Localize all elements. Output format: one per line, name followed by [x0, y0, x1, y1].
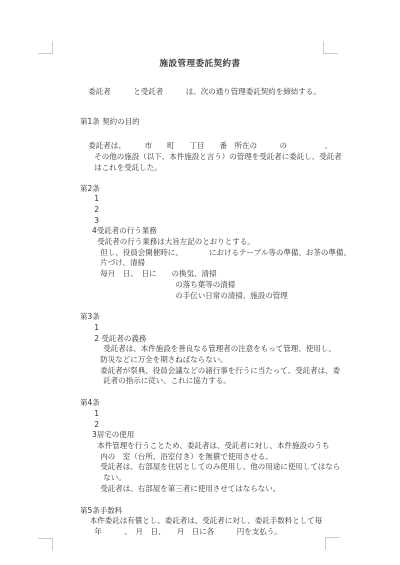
document-line: 第4条 — [80, 398, 376, 409]
document-body: 委託者 と受託者 は、次の通り管理委託契約を締結する。第1条 契約の目的委託者は… — [80, 87, 376, 538]
document-line: 第1条 契約の目的 — [80, 117, 376, 128]
crop-mark-bottom-right-icon — [325, 537, 340, 550]
document-line: その他の施設（以下、本件施設と言う）の管理を受託者に委託し、受託者 — [80, 152, 376, 163]
document-line: 2 — [80, 205, 376, 216]
document-page: 施設管理委託契約書 委託者 と受託者 は、次の通り管理委託契約を締結する。第1条… — [0, 0, 400, 565]
document-line: 第2条 — [80, 184, 376, 195]
document-line: 委託者が祭典、役員会議などの諸行事を行うに当たって、受託者は、委 — [80, 366, 376, 377]
document-line: の手伝い日常の清掃、施設の管理 — [80, 291, 376, 302]
document-line: 託者の指示に従い、これに協力する。 — [80, 376, 376, 387]
document-line: 受託者の行う業務は大旨左記のとおりとする。 — [80, 237, 376, 248]
crop-mark-top-right-icon — [323, 41, 338, 54]
document-line: 本件委託は有償とし、委託者は、受託者に対し、委託手数料として毎 — [80, 516, 376, 527]
document-line: 受託者は、右部屋を住居としてのみ使用し、他の用途に使用してはなら — [80, 462, 376, 473]
crop-mark-top-left-icon — [38, 41, 53, 54]
document-line: 委託者 と受託者 は、次の通り管理委託契約を締結する。 — [80, 87, 376, 98]
document-line: はこれを受託した。 — [80, 163, 376, 174]
document-line: 2 — [80, 420, 376, 431]
document-line: 受託者は、右部屋を第三者に使用させてはならない。 — [80, 484, 376, 495]
document-line: 内の 室（台所、浴室付き）を無償で使用させる。 — [80, 452, 376, 463]
document-line: 3居宅の使用 — [80, 430, 376, 441]
document-line: 受託者は、本件施設を善良なる管理者の注意をもって管理、使用し、 — [80, 344, 376, 355]
document-line: 委託者は、 市 町 丁目 番 所在の の 、 — [80, 141, 376, 152]
document-line: の落ち葉等の清掃 — [80, 280, 376, 291]
document-title: 施設管理委託契約書 — [0, 57, 400, 69]
document-line: 本件管理を行うことため、委託者は、受託者に対し、本件施設のうち — [80, 441, 376, 452]
document-line: 年 、 月 日、 月 日に各 円を支払う。 — [80, 527, 376, 538]
crop-mark-bottom-left-icon — [38, 538, 53, 551]
document-line: 片づけ、清掃 — [80, 258, 376, 269]
document-line: 第3条 — [80, 312, 376, 323]
document-line: 4受託者の行う業務 — [80, 226, 376, 237]
document-line: 1 — [80, 323, 376, 334]
document-line: 第5条手数料 — [80, 506, 376, 517]
document-line: 1 — [80, 409, 376, 420]
document-line: 3 — [80, 216, 376, 227]
document-line: 1 — [80, 194, 376, 205]
document-line: 但し、役員会開催時に、 におけるテーブル等の準備、お茶の準備、 — [80, 248, 376, 259]
document-line: ない。 — [80, 473, 376, 484]
document-line: 防災などに万全を期さねばならない。 — [80, 355, 376, 366]
document-line: 毎月 日、 日に の換気、清掃 — [80, 269, 376, 280]
document-line: 2 受託者の義務 — [80, 334, 376, 345]
